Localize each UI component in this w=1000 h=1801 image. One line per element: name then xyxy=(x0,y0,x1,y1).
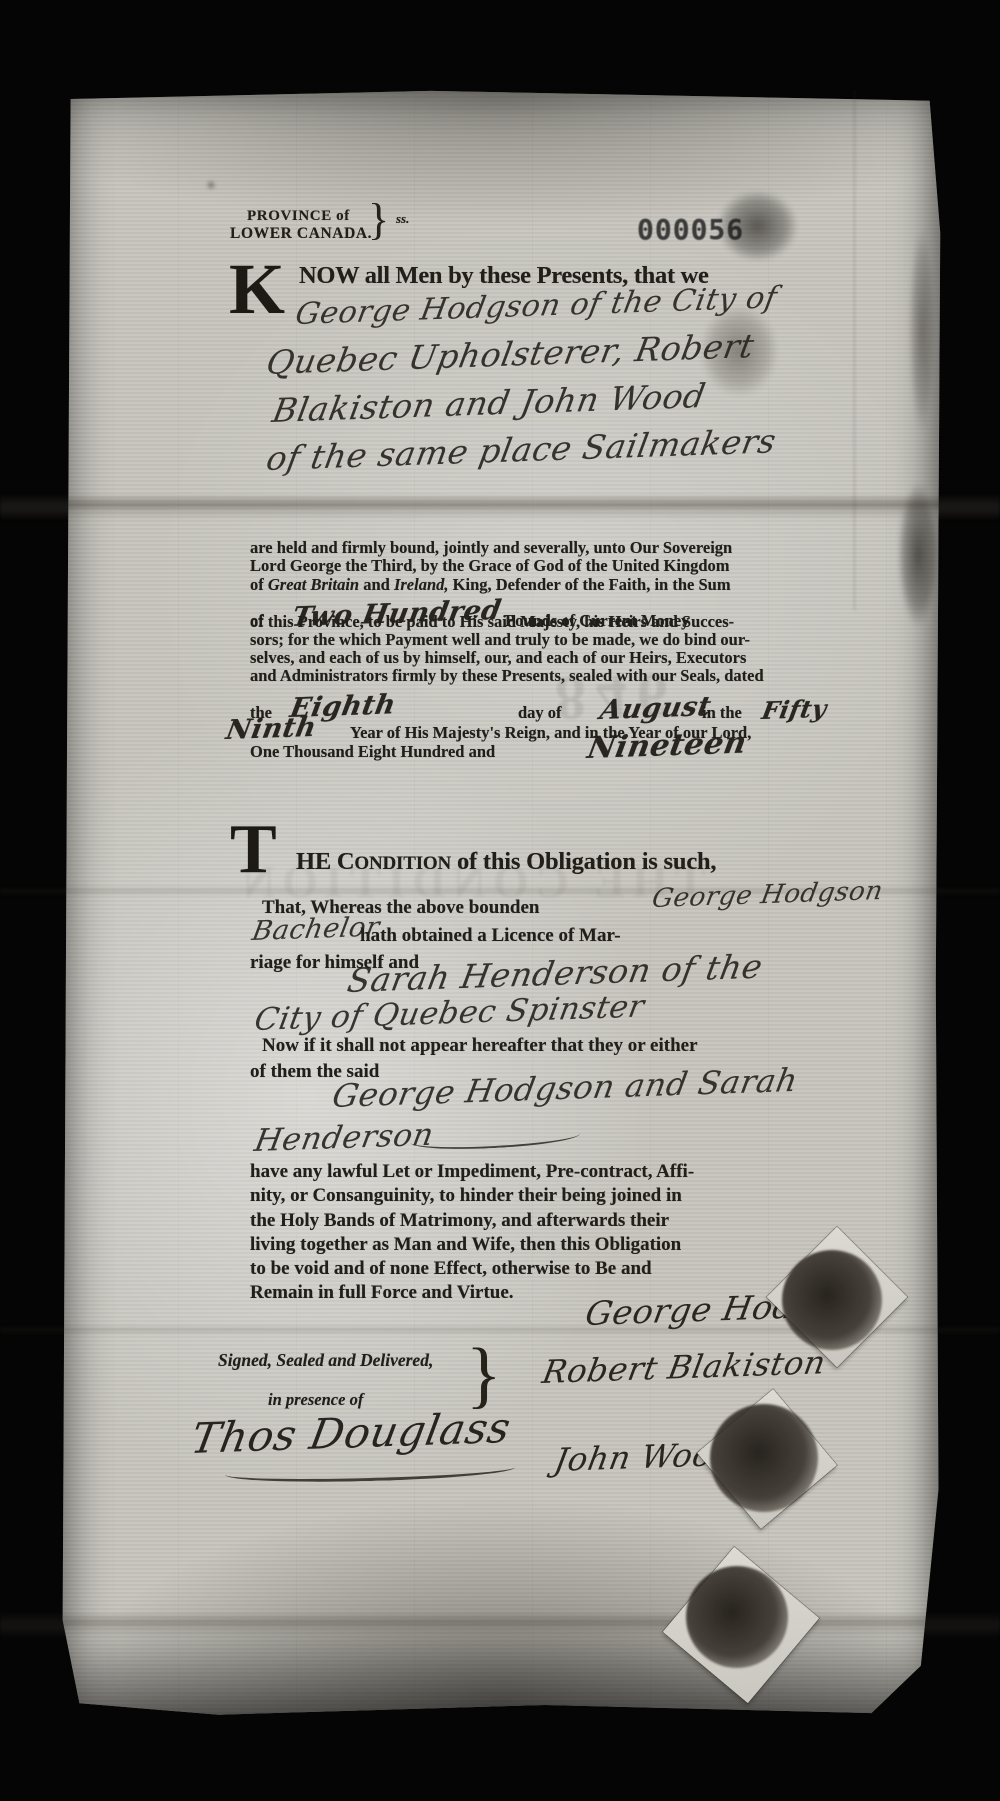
condition-line: hath obtained a Licence of Mar- xyxy=(360,926,621,945)
ss-mark: ss. xyxy=(396,212,409,225)
handwritten-couple-line2: Henderson xyxy=(252,1120,436,1157)
bond-line3-britain: Great Britain xyxy=(268,575,359,594)
bond-line3-seg: King, Defender of the Faith, in the Sum xyxy=(449,575,731,594)
condition-paragraph-line: to be void and of none Effect, otherwise… xyxy=(250,1259,652,1278)
handwritten-month: August xyxy=(598,693,713,724)
handwritten-reign-year-1: Fifty xyxy=(760,696,829,722)
condition-headline-seg: HE C xyxy=(296,848,354,875)
bond-line: are held and firmly bound, jointly and s… xyxy=(250,540,732,557)
bond-line9-inthe: in the xyxy=(702,705,742,722)
dropcap-k: K xyxy=(229,259,285,320)
condition-headline-smallcaps: ONDITION xyxy=(354,853,451,874)
bond-line11-text: One Thousand Eight Hundred and xyxy=(250,744,495,761)
condition-paragraph-line: nity, or Consanguinity, to hinder their … xyxy=(250,1186,682,1205)
bond-line: and Administrators firmly by these Prese… xyxy=(250,668,764,685)
bond-line3-ireland: Ireland, xyxy=(394,575,449,594)
header-brace-icon: } xyxy=(368,200,389,240)
bond-line9-dayof: day of xyxy=(518,705,562,722)
signature-john-wood: John Wood xyxy=(552,1438,737,1476)
condition-paragraph-line: have any lawful Let or Impediment, Pre-c… xyxy=(250,1162,694,1181)
condition-paragraph-line: the Holy Bands of Matrimony, and afterwa… xyxy=(250,1211,669,1230)
bond-line3-seg: of xyxy=(250,575,268,594)
serial-number-stamp: 000056 xyxy=(637,216,744,244)
scanned-document-page: 846 THE CONDITION PROVINCE of LOWER CANA… xyxy=(0,0,1000,1801)
bond-line3-seg: and xyxy=(359,575,394,594)
bond-line: sors; for the which Payment well and tru… xyxy=(250,632,750,649)
condition-line: Now if it shall not appear hereafter tha… xyxy=(262,1036,698,1055)
condition-paragraph-line: Remain in full Force and Virtue. xyxy=(250,1283,514,1302)
handwritten-reign-year-2: Ninth xyxy=(224,713,319,743)
condition-headline-seg: of this Obligation is such, xyxy=(451,848,716,875)
bond-line: selves, and each of us by himself, our, … xyxy=(250,650,746,667)
condition-headline: HE CONDITION of this Obligation is such, xyxy=(296,850,1000,875)
bond-line: Lord George the Third, by the Grace of G… xyxy=(250,558,730,575)
witness-brace-icon: } xyxy=(466,1342,502,1409)
handwritten-groom-name: George Hodgson xyxy=(650,878,885,912)
vertical-fold xyxy=(853,90,856,610)
bond-line: of Great Britain and Ireland, King, Defe… xyxy=(250,577,795,594)
witness-caption-line1: Signed, Sealed and Delivered, xyxy=(218,1352,433,1370)
signature-robert-blakiston: Robert Blakiston xyxy=(540,1346,828,1388)
handwritten-year: Nineteen xyxy=(585,728,749,763)
signature-witness-thos-douglass: Thos Douglass xyxy=(188,1407,514,1460)
bond-line: of this Province, to be paid to His said… xyxy=(250,614,734,631)
signature-george-hodgson: George Hodgson xyxy=(583,1287,879,1330)
province-caption-line1: PROVINCE of xyxy=(247,209,350,224)
province-caption-line2: LOWER CANADA. xyxy=(230,226,372,242)
dropcap-t: T xyxy=(230,820,277,880)
condition-paragraph-line: living together as Man and Wife, then th… xyxy=(250,1235,681,1254)
witness-caption-line2: in presence of xyxy=(268,1392,363,1409)
